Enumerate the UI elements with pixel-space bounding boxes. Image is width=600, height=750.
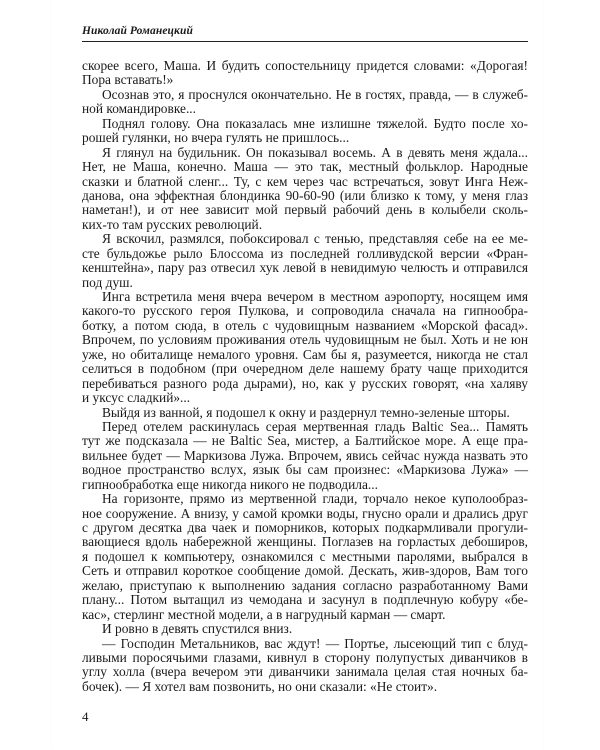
text-line: и уксус сладкий»... [82,391,528,405]
text-line: — Господин Метальников, вас ждут! — Порт… [82,637,528,651]
page-number: 4 [82,709,89,725]
running-head-author: Николай Романецкий [82,25,528,37]
text-line: я подошел к компьютеру, ознакомился с ме… [82,550,528,564]
text-line: Я глянул на будильник. Он показывал восе… [82,146,528,160]
text-line: Нет, не Маша, конечно. Маша — это так, м… [82,160,528,174]
text-line: водное пространство вслух, язык бы сам п… [82,463,528,477]
text-line: углу холла (вчера вечером эти диванчики … [82,665,528,679]
text-line: ких-то там русских революций. [82,218,528,232]
text-line: сказки и блатной сленг... Ту, с кем чере… [82,175,528,189]
body-text: скорее всего, Маша. И будить сопостельни… [82,59,528,694]
text-line: какого-то русского героя Пулкова, и сопр… [82,304,528,318]
text-line: гипнообработка еще никогда никого не под… [82,478,528,492]
text-line: бочек). — Я хотел вам позвонить, но они … [82,680,528,694]
text-line: селиться в подобном (при очередном деле … [82,362,528,376]
text-line: Я вскочил, размялся, побоксировал с тень… [82,232,528,246]
text-line: ливыми поросячьими глазами, кивнул в сто… [82,651,528,665]
text-line: Выйдя из ванной, я подошел к окну и разд… [82,406,528,420]
text-line: Перед отелем раскинулась серая мертвенна… [82,420,528,434]
text-line: кенштейна», пару раз отвесил хук левой в… [82,261,528,275]
text-line: вающиеся вдоль набережной женщины. Погла… [82,535,528,549]
text-line: желаю, приступаю к выполнению задания со… [82,579,528,593]
text-line: рошей гулянки, но вчера гулять не пришло… [82,131,528,145]
text-line: данова, она эффектная блондинка 90-60-90… [82,189,528,203]
header-rule [82,41,528,42]
text-line: ное сооружение. А внизу, у самой кромки … [82,507,528,521]
text-line: Инга встретила меня вчера вечером в мест… [82,290,528,304]
text-line: скорее всего, Маша. И будить сопостельни… [82,59,528,73]
text-line: под душ. [82,276,528,290]
text-line: Поднял голову. Она показалась мне излишн… [82,117,528,131]
text-line: плану... Потом вытащил из чемодана и зас… [82,593,528,607]
text-line: Сеть и отправил короткое сообщение домой… [82,564,528,578]
text-line: ной командировке... [82,102,528,116]
text-line: И ровно в девять спустился вниз. [82,622,528,636]
text-line: сте бульдожье рыло Блоссома из последней… [82,247,528,261]
text-line: тут же подсказала — не Baltic Sea, мисте… [82,434,528,448]
text-line: уже, но обиталище немалого уровня. Сам б… [82,348,528,362]
text-line: Впрочем, по условиям проживания отель чу… [82,333,528,347]
text-line: Осознав это, я проснулся окончательно. Н… [82,88,528,102]
text-line: ботку, а потом сюда, в отель с чудовищны… [82,319,528,333]
text-line: Пора вставать!» [82,73,528,87]
text-line: На горизонте, прямо из мертвенной глади,… [82,492,528,506]
text-line: вильнее будет — Маркизова Лужа. Впрочем,… [82,449,528,463]
text-line: наметан!), и от нее зависит мой первый р… [82,203,528,217]
text-line: с другом десятка два чаек и поморников, … [82,521,528,535]
text-line: перебиваться разного рода дырами), но, к… [82,377,528,391]
text-line: кас», стерлинг местной модели, а в нагру… [82,608,528,622]
